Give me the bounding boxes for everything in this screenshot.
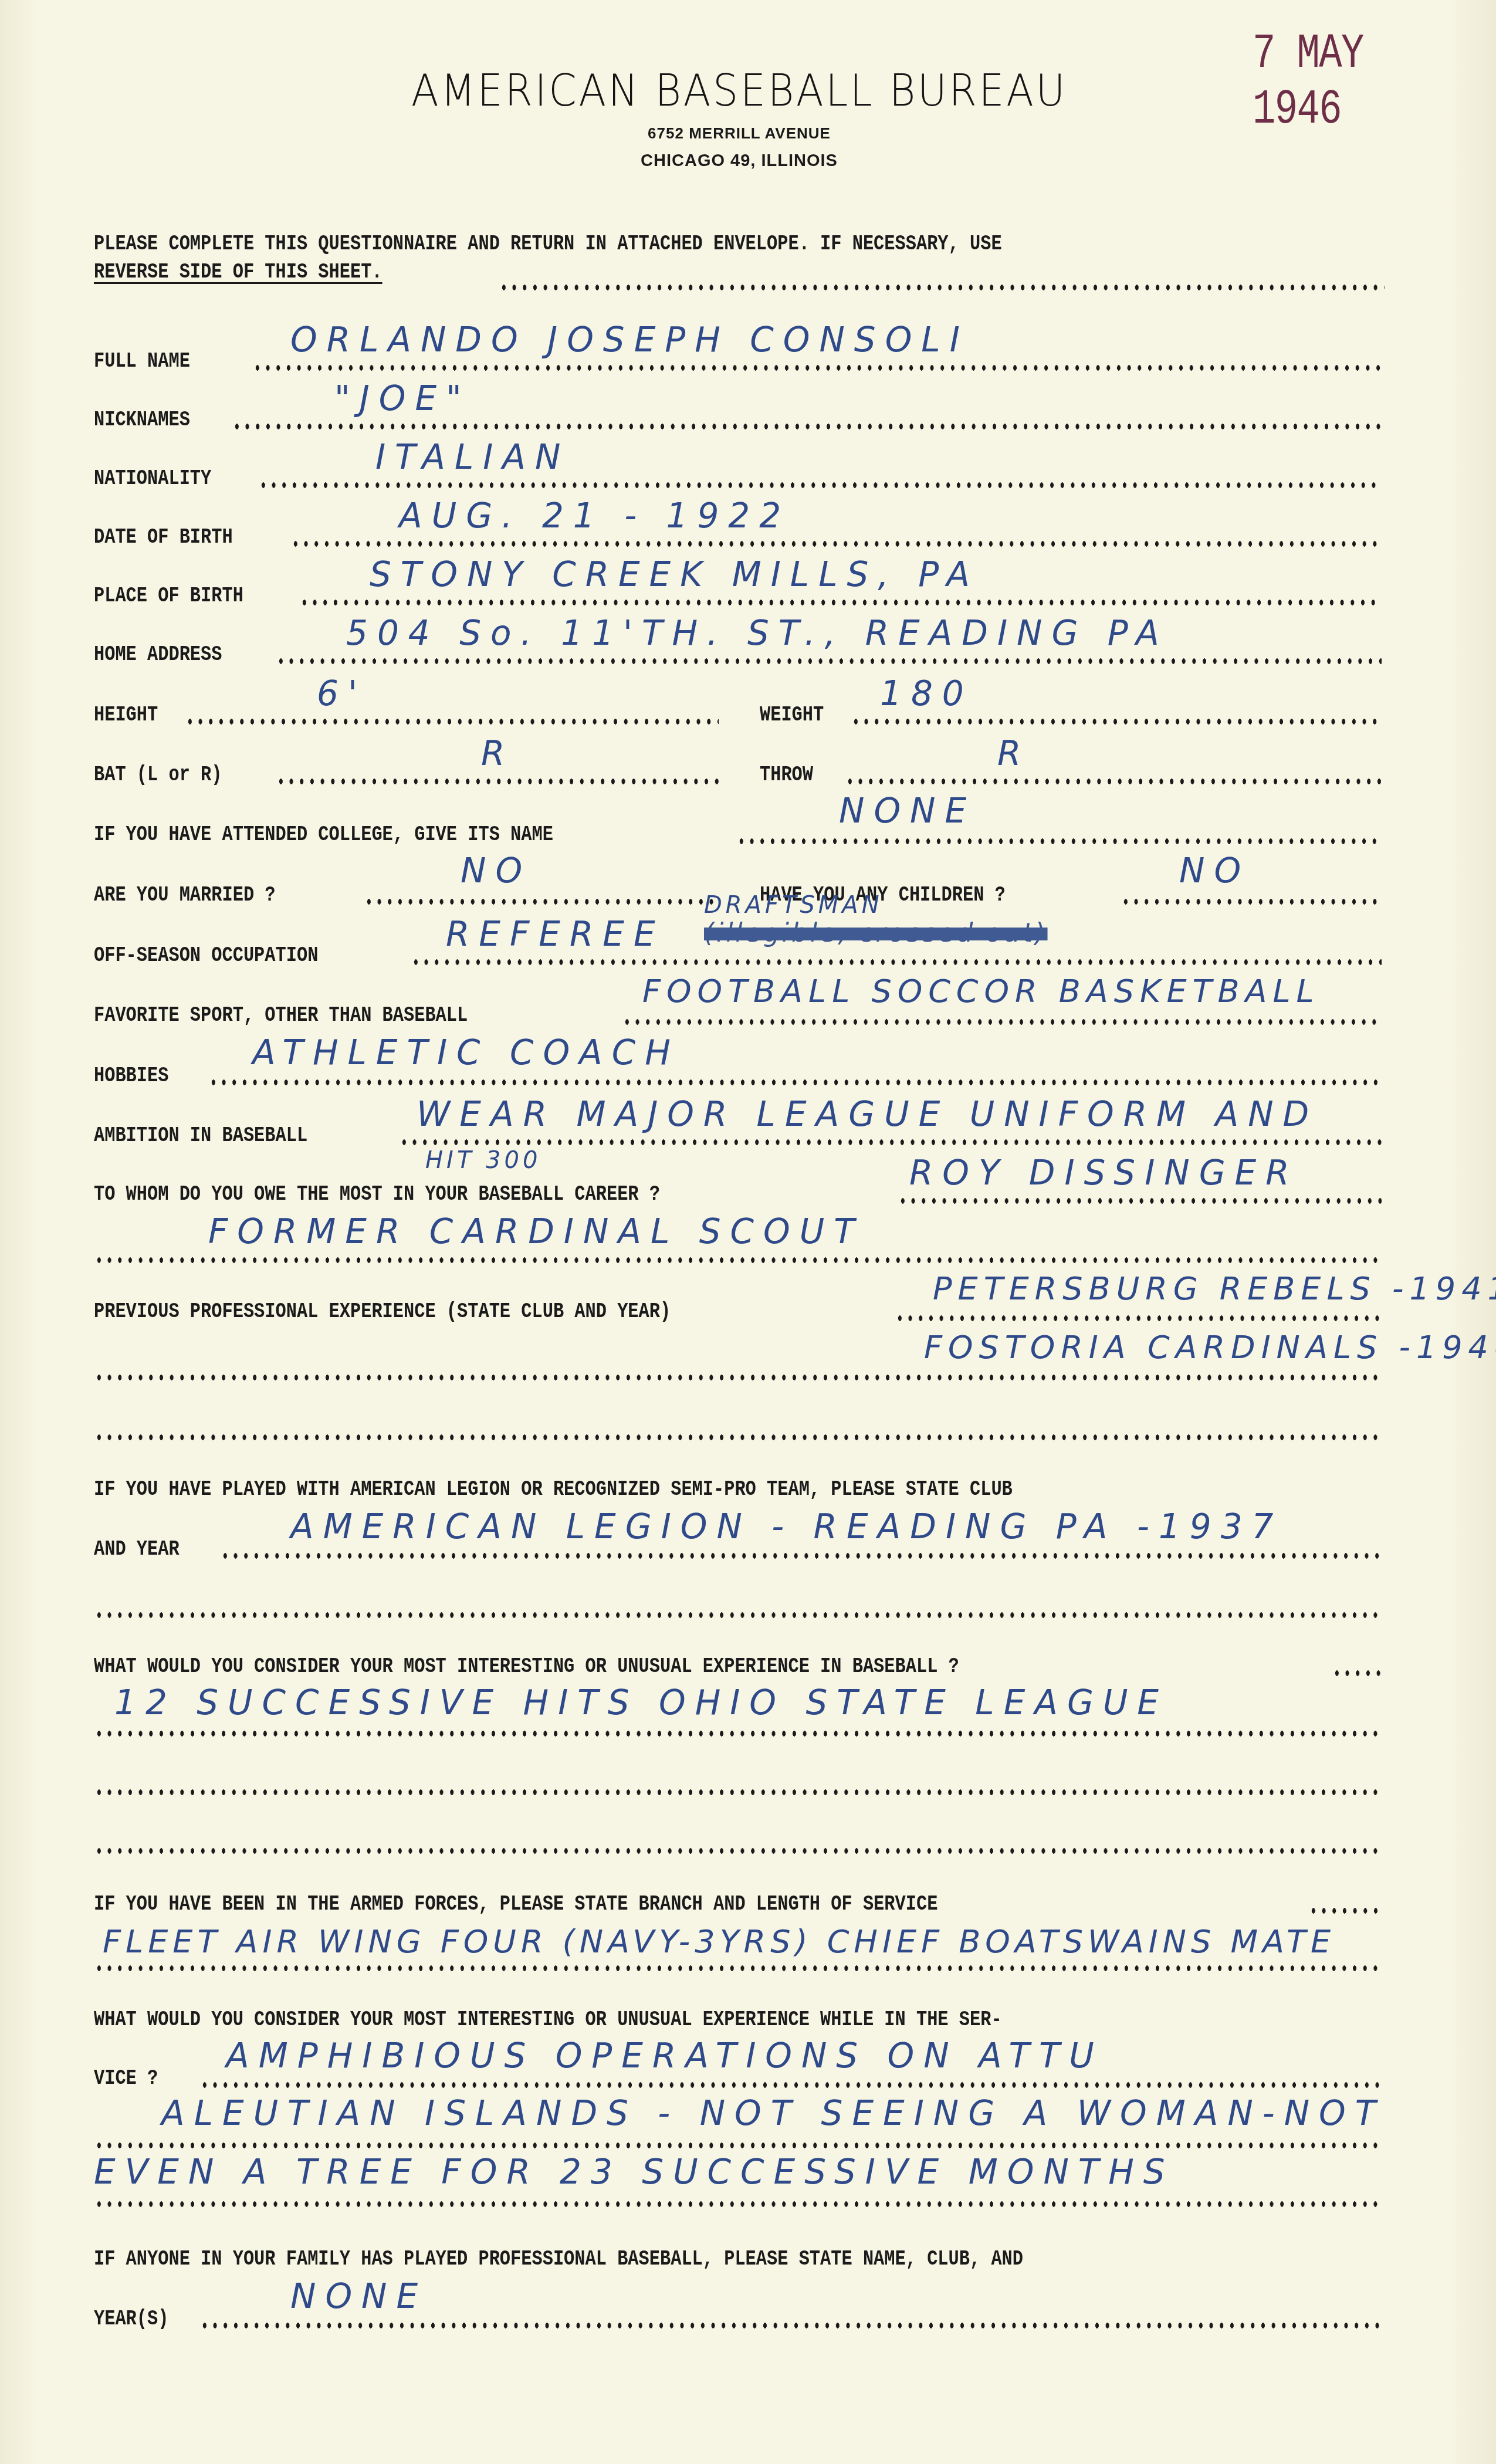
family-baseball-value[interactable]: NONE [290,2276,427,2316]
ambition-label: AMBITION IN BASEBALL [94,1123,307,1148]
service-experience-label-line-1: WHAT WOULD YOU CONSIDER YOUR MOST INTERE… [94,2008,1002,2032]
owe-most-line-2 [94,1257,1382,1263]
weight-value[interactable]: 180 [880,673,973,713]
service-experience-value-line-3[interactable]: EVEN A TREE FOR 23 SUCCESSIVE MONTHS [94,2152,1175,2192]
pro-experience-value-line-1[interactable]: PETERSBURG REBELS -1941 [933,1270,1496,1307]
full-name-value[interactable]: ORLANDO JOSEPH CONSOLI [290,320,969,360]
instructions-line-1: PLEASE COMPLETE THIS QUESTIONNAIRE AND R… [94,232,1002,256]
armed-forces-label-dots [1308,1908,1382,1914]
legion-line-1 [220,1553,1382,1559]
baseball-experience-line-2 [94,1789,1382,1795]
owe-most-value-line-2[interactable]: FORMER CARDINAL SCOUT [208,1211,864,1251]
baseball-experience-label: WHAT WOULD YOU CONSIDER YOUR MOST INTERE… [94,1654,959,1679]
place-of-birth-label: PLACE OF BIRTH [94,584,243,608]
occupation-value[interactable]: REFEREE [446,914,665,954]
service-experience-value-line-2[interactable]: ALEUTIAN ISLANDS - NOT SEEING A WOMAN-NO… [161,2093,1385,2133]
pro-experience-line-3 [94,1434,1382,1440]
baseball-experience-line-3 [94,1848,1382,1854]
owe-most-label: TO WHOM DO YOU OWE THE MOST IN YOUR BASE… [94,1182,660,1207]
dotted-rule [499,285,1385,290]
full-name-label: FULL NAME [94,349,190,374]
college-line [736,838,1382,844]
legion-label-line-1: IF YOU HAVE PLAYED WITH AMERICAN LEGION … [94,1477,1013,1502]
family-baseball-label-line-1: IF ANYONE IN YOUR FAMILY HAS PLAYED PROF… [94,2247,1023,2272]
legion-line-2 [94,1612,1382,1618]
hobbies-value[interactable]: ATHLETIC COACH [252,1033,680,1072]
service-experience-line-2 [94,2143,1382,2148]
nicknames-label: NICKNAMES [94,408,190,432]
favorite-sport-line [622,1019,1382,1025]
married-value[interactable]: NO [461,851,532,891]
service-experience-value-line-1[interactable]: AMPHIBIOUS OPERATIONS ON ATTU [226,2036,1104,2076]
pro-experience-label: PREVIOUS PROFESSIONAL EXPERIENCE (STATE … [94,1299,671,1324]
ambition-value-line-2[interactable]: HIT 300 [425,1147,541,1174]
children-value[interactable]: NO [1179,851,1250,891]
owe-most-value-line-1[interactable]: ROY DISSINGER [909,1153,1299,1193]
married-label: ARE YOU MARRIED ? [94,883,276,908]
occupation-struck-text: (illegible, crossed out) [704,918,1048,948]
service-experience-line-3 [94,2201,1382,2207]
throw-label: THROW [760,763,813,787]
favorite-sport-label: FAVORITE SPORT, OTHER THAN BASEBALL [94,1003,468,1028]
children-line [1121,899,1382,905]
home-address-line [276,658,1382,664]
married-line [364,899,719,905]
occupation-line [411,959,1382,965]
nationality-value[interactable]: ITALIAN [375,437,570,477]
armed-forces-value[interactable]: FLEET AIR WING FOUR (NAVY-3YRS) CHIEF BO… [103,1923,1335,1960]
place-of-birth-line [299,600,1382,605]
bureau-address-city: CHICAGO 49, ILLINOIS [0,151,1478,171]
height-label: HEIGHT [94,703,158,727]
ambition-line [399,1139,1382,1145]
armed-forces-line [94,1965,1382,1971]
nicknames-line [232,424,1382,429]
ambition-value-line-1[interactable]: WEAR MAJOR LEAGUE UNIFORM AND [417,1094,1318,1134]
service-experience-label-line-2: VICE ? [94,2066,158,2091]
bat-line [276,779,719,784]
hobbies-line [208,1079,1382,1085]
bat-value[interactable]: R [481,733,514,773]
occupation-insertion[interactable]: DRAFTSMAN [704,892,883,919]
owe-most-line [898,1198,1382,1204]
nationality-label: NATIONALITY [94,466,211,491]
weight-label: WEIGHT [760,703,824,727]
home-address-value[interactable]: 504 So. 11'TH. ST., READING PA [346,613,1169,653]
nicknames-value[interactable]: "JOE" [334,378,471,418]
date-of-birth-value[interactable]: AUG. 21 - 1922 [399,496,790,536]
hobbies-label: HOBBIES [94,1064,168,1088]
bureau-address-street: 6752 MERRILL AVENUE [0,124,1478,143]
college-label: IF YOU HAVE ATTENDED COLLEGE, GIVE ITS N… [94,823,553,847]
legion-value[interactable]: AMERICAN LEGION - READING PA -1937 [290,1507,1283,1546]
height-value[interactable]: 6' [317,673,367,713]
date-of-birth-line [290,541,1382,547]
service-experience-line-1 [199,2082,1382,2088]
home-address-label: HOME ADDRESS [94,642,222,667]
baseball-experience-label-dots [1332,1670,1382,1676]
throw-value[interactable]: R [997,733,1030,773]
bat-label: BAT (L or R) [94,763,222,787]
instructions-line-2: REVERSE SIDE OF THIS SHEET. [94,260,383,285]
bureau-title: AMERICAN BASEBALL BUREAU [59,66,1419,116]
armed-forces-label: IF YOU HAVE BEEN IN THE ARMED FORCES, PL… [94,1892,937,1917]
place-of-birth-value[interactable]: STONY CREEK MILLS, PA [370,554,979,594]
date-of-birth-label: DATE OF BIRTH [94,525,233,550]
family-baseball-line [199,2323,1382,2328]
weight-line [851,719,1382,725]
college-value[interactable]: NONE [839,791,976,831]
baseball-experience-value[interactable]: 12 SUCCESSIVE HITS OHIO STATE LEAGUE [114,1683,1168,1722]
nationality-line [258,482,1382,488]
legion-label-line-2: AND YEAR [94,1537,180,1562]
occupation-label: OFF-SEASON OCCUPATION [94,943,318,968]
height-line [185,719,719,725]
favorite-sport-value[interactable]: FOOTBALL SOCCOR BASKETBALL [642,973,1320,1010]
pro-experience-line-1 [895,1315,1382,1321]
throw-line [845,779,1382,784]
full-name-line [252,365,1382,371]
family-baseball-label-line-2: YEAR(S) [94,2307,168,2331]
baseball-experience-line-1 [94,1731,1382,1737]
pro-experience-line-2 [94,1375,1382,1380]
pro-experience-value-line-2[interactable]: FOSTORIA CARDINALS -1940 [924,1329,1496,1366]
